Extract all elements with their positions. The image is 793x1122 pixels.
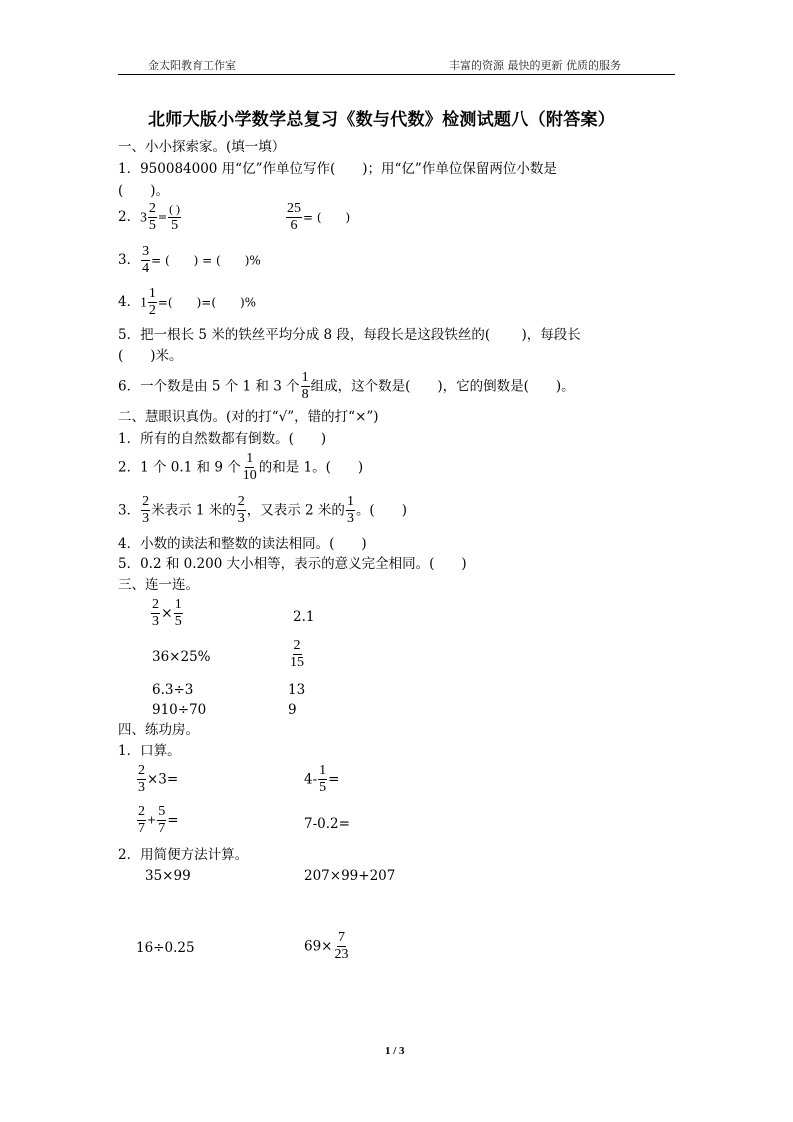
section2-heading: 二、慧眼识真伪。(对的打“√”，错的打“×”) (118, 408, 379, 426)
page-number: 1 / 3 (385, 1045, 405, 1057)
fraction: 15 (318, 763, 327, 796)
text: 2．1 个 0.1 和 9 个 (118, 460, 241, 476)
s1-q5-line2: ( )米。 (118, 347, 183, 365)
s1-q2-whole: 3 (140, 210, 147, 225)
fraction: 13 (346, 494, 355, 527)
match-right-1: 2.1 (293, 608, 314, 626)
blank: =( )=( )% (158, 296, 256, 310)
s4-sub1-heading: 1．口算。 (118, 742, 181, 760)
times: × (161, 606, 173, 622)
text: 6．一个数是由 5 个 1 和 3 个 (118, 379, 300, 395)
fraction: 57 (157, 804, 166, 837)
s1-q6: 6．一个数是由 5 个 1 和 3 个18组成，这个数是( )，它的倒数是( )… (118, 370, 575, 403)
match-left-1: 23×15 (150, 597, 184, 630)
s1-q4-label: 4． (118, 294, 140, 310)
match-left-3: 6.3÷3 (152, 681, 193, 699)
fraction: 18 (301, 370, 310, 403)
label: 3． (118, 503, 140, 519)
fraction: 27 (137, 804, 146, 837)
s1-q3: 3．34= ( ) = ( )% (118, 244, 261, 277)
blank: = ( ) = ( )% (151, 254, 261, 268)
s4-sub2-e2: 207×99+207 (304, 867, 395, 885)
s4-e4: 7-0.2= (304, 815, 350, 833)
match-right-3: 13 (288, 681, 305, 699)
s4-e1: 23×3= (136, 763, 178, 796)
text: ×3= (147, 772, 178, 788)
fraction: 215 (289, 638, 305, 671)
fraction: ( )5 (168, 201, 181, 234)
s4-e2: 4-15= (304, 763, 339, 796)
s1-q2-label: 2． (118, 209, 140, 225)
match-left-4: 910÷70 (152, 701, 206, 719)
s1-q3-label: 3． (118, 252, 140, 268)
match-right-2: 215 (288, 638, 306, 671)
fraction: 12 (148, 286, 157, 319)
text: 。( ) (356, 503, 407, 519)
s4-sub2-e3: 16÷0.25 (136, 939, 195, 957)
text: 米表示 1 米的 (151, 503, 236, 519)
fraction: 256 (286, 201, 302, 234)
equals: = (158, 211, 167, 224)
text: ，又表示 2 米的 (247, 503, 345, 519)
whole: 1 (140, 295, 147, 310)
text: 的和是 1。( ) (259, 460, 363, 476)
text: = (167, 813, 178, 829)
text: 69× (304, 939, 333, 955)
text: 4- (304, 772, 317, 788)
s1-q2: 2．325=( )5 (118, 201, 182, 234)
fraction: 23 (151, 597, 160, 630)
text: = (328, 772, 339, 788)
fraction: 25 (148, 201, 157, 234)
fraction: 34 (141, 244, 150, 277)
header-left-text: 金太阳教育工作室 (148, 57, 236, 73)
blank: = ( ) (303, 211, 350, 225)
match-right-4: 9 (288, 701, 297, 719)
header-divider (118, 74, 675, 75)
s2-q3: 3．23米表示 1 米的23，又表示 2 米的13。( ) (118, 494, 407, 527)
s1-q2-part2: 256= ( ) (285, 201, 350, 234)
s4-e3: 27+57= (136, 804, 179, 837)
fraction: 723 (334, 930, 350, 963)
s1-q1-line2: ( )。 (118, 182, 169, 200)
section3-heading: 三、连一连。 (118, 576, 199, 594)
section1-heading: 一、小小探索家。(填一填） (118, 138, 285, 156)
s2-q2: 2．1 个 0.1 和 9 个110的和是 1。( ) (118, 451, 363, 484)
page-title: 北师大版小学数学总复习《数与代数》检测试题八（附答案） (148, 105, 615, 130)
s2-q5: 5．0.2 和 0.200 大小相等，表示的意义完全相同。( ) (118, 555, 467, 573)
fraction: 110 (242, 451, 258, 484)
fraction: 15 (174, 597, 183, 630)
s2-q4: 4．小数的读法和整数的读法相同。( ) (118, 535, 367, 553)
s4-sub2-heading: 2．用简便方法计算。 (118, 846, 248, 864)
section4-heading: 四、练功房。 (118, 721, 199, 739)
fraction: 23 (237, 494, 246, 527)
fraction: 23 (137, 763, 146, 796)
text: 组成，这个数是( )，它的倒数是( )。 (311, 379, 575, 395)
s1-q5-line1: 5．把一根长 5 米的铁丝平均分成 8 段，每段长是这段铁丝的( )，每段长 (118, 326, 581, 344)
plus: + (147, 814, 156, 827)
s1-q1-line1: 1．950084000 用“亿”作单位写作( )；用“亿”作单位保留两位小数是 (118, 160, 557, 178)
s1-q4: 4．112=( )=( )% (118, 286, 256, 319)
fraction: 23 (141, 494, 150, 527)
s4-sub2-e4: 69×723 (304, 930, 351, 963)
match-left-2: 36×25% (152, 648, 211, 666)
header-right-text: 丰富的资源 最快的更新 优质的服务 (449, 57, 621, 73)
s2-q1: 1．所有的自然数都有倒数。( ) (118, 430, 326, 448)
s4-sub2-e1: 35×99 (145, 867, 191, 885)
